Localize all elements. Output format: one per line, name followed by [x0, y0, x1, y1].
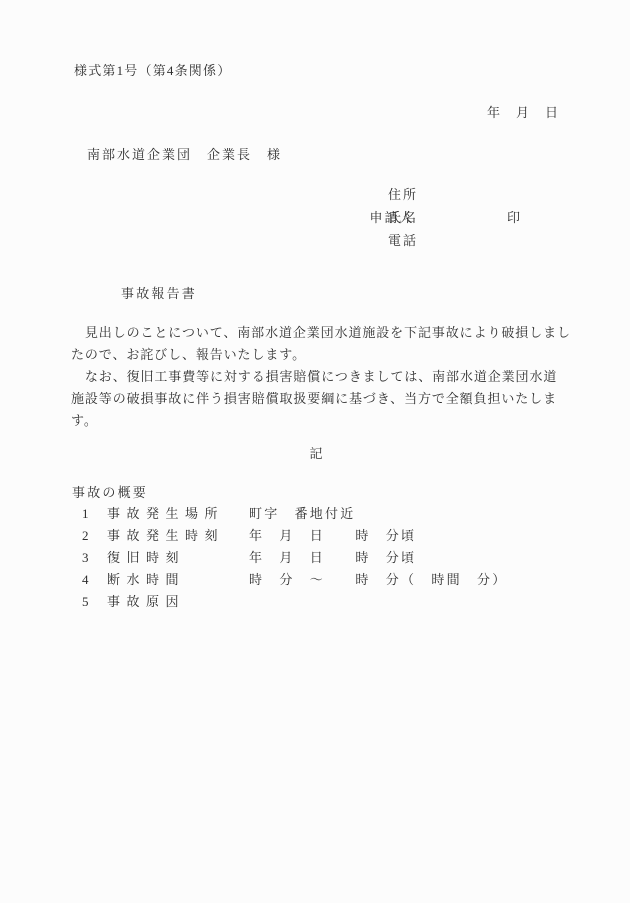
overview-heading: 事故の概要	[72, 482, 148, 504]
item-value: 年 月 日 時 分頃	[249, 547, 416, 569]
item-value: 町字 番地付近	[249, 503, 355, 525]
overview-item-restoration-time: 3 復旧時刻 年 月 日 時 分頃	[0, 547, 630, 569]
item-label: 断水時間	[107, 569, 185, 591]
overview-item-occurrence-time: 2 事故発生時刻 年 月 日 時 分頃	[0, 525, 630, 547]
item-label: 事故発生場所	[107, 503, 224, 525]
date-line: 年 月 日	[487, 102, 560, 124]
document-title: 事故報告書	[121, 283, 197, 305]
applicant-name-row: 氏名 印	[338, 206, 415, 229]
body-paragraphs: 見出しのことについて、南部水道企業団水道施設を下記事故により破損しまし たので、…	[71, 322, 576, 432]
item-value: 年 月 日 時 分頃	[249, 525, 416, 547]
body-line: なお、復旧工事費等に対する損害賠償につきましては、南部水道企業団水道	[71, 366, 576, 388]
applicant-address-row: 申請人 住所	[338, 183, 415, 206]
item-label: 事故原因	[107, 591, 185, 613]
accident-report-form-page: 様式第1号（第4条関係） 年 月 日 南部水道企業団 企業長 様 申請人 住所 …	[0, 0, 630, 903]
applicant-phone-row: 電話	[338, 229, 415, 252]
body-line: 施設等の破損事故に伴う損害賠償取扱要綱に基づき、当方で全額負担いたしま	[71, 388, 576, 410]
item-label: 復旧時刻	[107, 547, 185, 569]
addressee-line: 南部水道企業団 企業長 様	[87, 144, 282, 166]
item-number: 1	[82, 503, 90, 525]
item-number: 4	[82, 569, 90, 591]
item-label: 事故発生時刻	[107, 525, 224, 547]
item-number: 3	[82, 547, 90, 569]
record-marker: 記	[71, 443, 562, 465]
address-label: 住所	[388, 183, 418, 206]
overview-item-location: 1 事故発生場所 町字 番地付近	[0, 503, 630, 525]
item-number: 2	[82, 525, 90, 547]
phone-label: 電話	[388, 229, 418, 252]
item-value: 時 分 ～ 時 分（ 時間 分）	[249, 569, 507, 591]
overview-item-cause: 5 事故原因	[0, 591, 630, 613]
name-label: 氏名	[388, 206, 418, 229]
overview-items: 1 事故発生場所 町字 番地付近 2 事故発生時刻 年 月 日 時 分頃 3 復…	[0, 503, 630, 613]
seal-mark: 印	[507, 206, 522, 229]
applicant-block: 申請人 住所 氏名 印 電話	[338, 183, 415, 252]
body-line: す。	[71, 410, 576, 432]
item-number: 5	[82, 591, 90, 613]
overview-item-outage-duration: 4 断水時間 時 分 ～ 時 分（ 時間 分）	[0, 569, 630, 591]
body-line: たので、お詫びし、報告いたします。	[71, 344, 576, 366]
body-line: 見出しのことについて、南部水道企業団水道施設を下記事故により破損しまし	[71, 322, 576, 344]
form-number: 様式第1号（第4条関係）	[74, 60, 231, 82]
